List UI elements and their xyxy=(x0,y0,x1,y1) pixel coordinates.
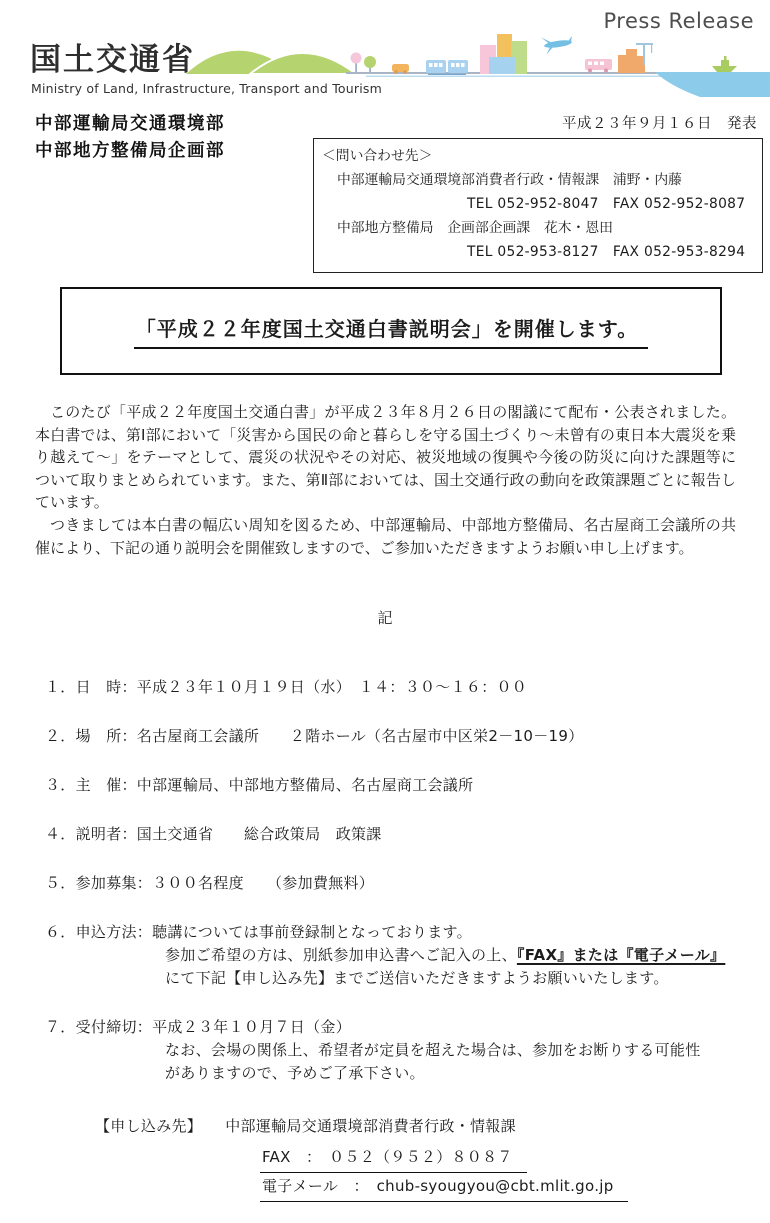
item-line: なお、会場の関係上、希望者が定員を超えた場合は、参加をお断りする可能性 xyxy=(45,1039,742,1062)
item-application-method: ６．申込方法：聴講については事前登録制となっております。 参加ご希望の方は、別紙… xyxy=(45,921,742,990)
item-place: ２．場 所：名古屋商工会議所 ２階ホール（名古屋市中区栄2－10－19） xyxy=(45,725,742,748)
item-line: がありますので、予めご了承下さい。 xyxy=(45,1062,742,1085)
bus-wheel xyxy=(588,69,592,73)
body-text: このたび「平成２２年度国土交通白書」が平成２３年８月２６日の閣議にて配布・公表さ… xyxy=(35,401,736,559)
bus-window xyxy=(600,62,604,66)
bus-window xyxy=(588,62,592,66)
application-fax: FAX ： ０５２（９５２）８０８７ xyxy=(260,1144,527,1173)
item-line-text: 参加ご希望の方は、別紙参加申込書へご記入の上、 xyxy=(165,946,517,964)
title-box: 「平成２２年度国土交通白書説明会」を開催します。 xyxy=(60,287,722,375)
bus-wheel xyxy=(604,69,608,73)
item-line: ７．受付締切：平成２３年１０月７日（金） xyxy=(45,1016,742,1039)
car-icon xyxy=(403,70,407,74)
train-window xyxy=(434,63,438,67)
application-heading: 【申し込み先】 xyxy=(95,1117,202,1135)
crane-icon xyxy=(643,43,645,65)
contact-box: ＜問い合わせ先＞ 中部運輸局交通環境部消費者行政・情報課 浦野・内藤 TEL 0… xyxy=(313,138,763,273)
item-organizer: ３．主 催：中部運輸局、中部地方整備局、名古屋商工会議所 xyxy=(45,774,742,797)
airplane-icon xyxy=(541,33,574,55)
contact-entry-org: 中部運輸局交通環境部消費者行政・情報課 浦野・内藤 xyxy=(322,168,756,192)
building-icon xyxy=(497,34,512,59)
issuer-section: 中部運輸局交通環境部 中部地方整備局企画部 平成２３年９月１６日 発表 ＜問い合… xyxy=(35,111,765,269)
train-window xyxy=(451,63,455,67)
tree-icon xyxy=(364,56,376,68)
item-datetime: １．日 時：平成２３年１０月１９日（水） １４：３０～１６：００ xyxy=(45,676,742,699)
email-line-row: 電子メール ： chub-syougyou@cbt.mlit.go.jp xyxy=(260,1173,770,1202)
hill-icon xyxy=(250,53,356,74)
press-release-page: 国土交通省 Ministry of Land, Infrastructure, … xyxy=(0,0,770,1223)
item-deadline: ７．受付締切：平成２３年１０月７日（金） なお、会場の関係上、希望者が定員を超え… xyxy=(45,1016,742,1085)
contact-entry-tel: TEL 052-952-8047 FAX 052-952-8087 xyxy=(322,192,756,216)
agency-name-english: Ministry of Land, Infrastructure, Transp… xyxy=(31,81,382,96)
application-contact: 【申し込み先】 中部運輸局交通環境部消費者行政・情報課 FAX ： ０５２（９５… xyxy=(95,1115,770,1202)
train-window xyxy=(429,63,433,67)
fax-email-emphasis: 『FAX』または『電子メール』 xyxy=(517,946,725,964)
factory-icon xyxy=(618,49,645,73)
train-window xyxy=(456,63,460,67)
record-marker: 記 xyxy=(0,607,770,630)
item-line: 参加ご希望の方は、別紙参加申込書へご記入の上、『FAX』または『電子メール』 xyxy=(45,944,742,967)
item-capacity: ５．参加募集：３００名程度 （参加費無料） xyxy=(45,872,742,895)
agency-logo: 国土交通省 xyxy=(30,34,195,79)
paragraph: このたび「平成２２年度国土交通白書」が平成２３年８月２６日の閣議にて配布・公表さ… xyxy=(35,401,736,514)
boat-icon xyxy=(724,56,727,60)
application-heading-line: 【申し込み先】 中部運輸局交通環境部消費者行政・情報課 xyxy=(95,1115,770,1138)
application-email: 電子メール ： chub-syougyou@cbt.mlit.go.jp xyxy=(260,1173,628,1202)
train-window xyxy=(461,63,465,67)
document-title: 「平成２２年度国土交通白書説明会」を開催します。 xyxy=(134,313,648,349)
boat-icon xyxy=(721,60,729,66)
contact-entry-org: 中部地方整備局 企画部企画課 花木・恩田 xyxy=(322,216,756,240)
crane-icon xyxy=(651,45,652,53)
release-date: 平成２３年９月１６日 発表 xyxy=(562,112,757,133)
item-line: にて下記【申し込み先】までご送信いただきますようお願いいたします。 xyxy=(45,967,742,990)
application-lines: FAX ： ０５２（９５２）８０８７ 電子メール ： chub-syougyou… xyxy=(260,1144,770,1202)
car-icon xyxy=(392,64,409,72)
detail-items: １．日 時：平成２３年１０月１９日（水） １４：３０～１６：００ ２．場 所：名… xyxy=(45,676,742,1085)
tree-icon xyxy=(355,62,357,72)
train-wheels xyxy=(428,74,466,76)
item-presenter: ４．説明者：国土交通省 総合政策局 政策課 xyxy=(45,823,742,846)
paragraph: つきましては本白書の幅広い周知を図るため、中部運輸局、中部地方整備局、名古屋商工… xyxy=(35,514,736,559)
train-window xyxy=(439,63,443,67)
crane-icon xyxy=(636,43,653,45)
building-icon xyxy=(489,57,515,74)
fax-line-row: FAX ： ０５２（９５２）８０８７ xyxy=(260,1144,770,1173)
item-line: ６．申込方法：聴講については事前登録制となっております。 xyxy=(45,921,742,944)
contact-box-heading: ＜問い合わせ先＞ xyxy=(322,144,756,168)
tree-icon xyxy=(351,53,362,64)
press-release-label: Press Release xyxy=(604,9,755,33)
contact-entry-tel: TEL 052-953-8127 FAX 052-953-8294 xyxy=(322,240,756,264)
boat-icon xyxy=(712,66,737,72)
header: 国土交通省 Ministry of Land, Infrastructure, … xyxy=(0,0,770,103)
application-organization: 中部運輸局交通環境部消費者行政・情報課 xyxy=(225,1117,516,1135)
bus-window xyxy=(594,62,598,66)
car-icon xyxy=(394,70,398,74)
sea-icon xyxy=(655,72,770,97)
